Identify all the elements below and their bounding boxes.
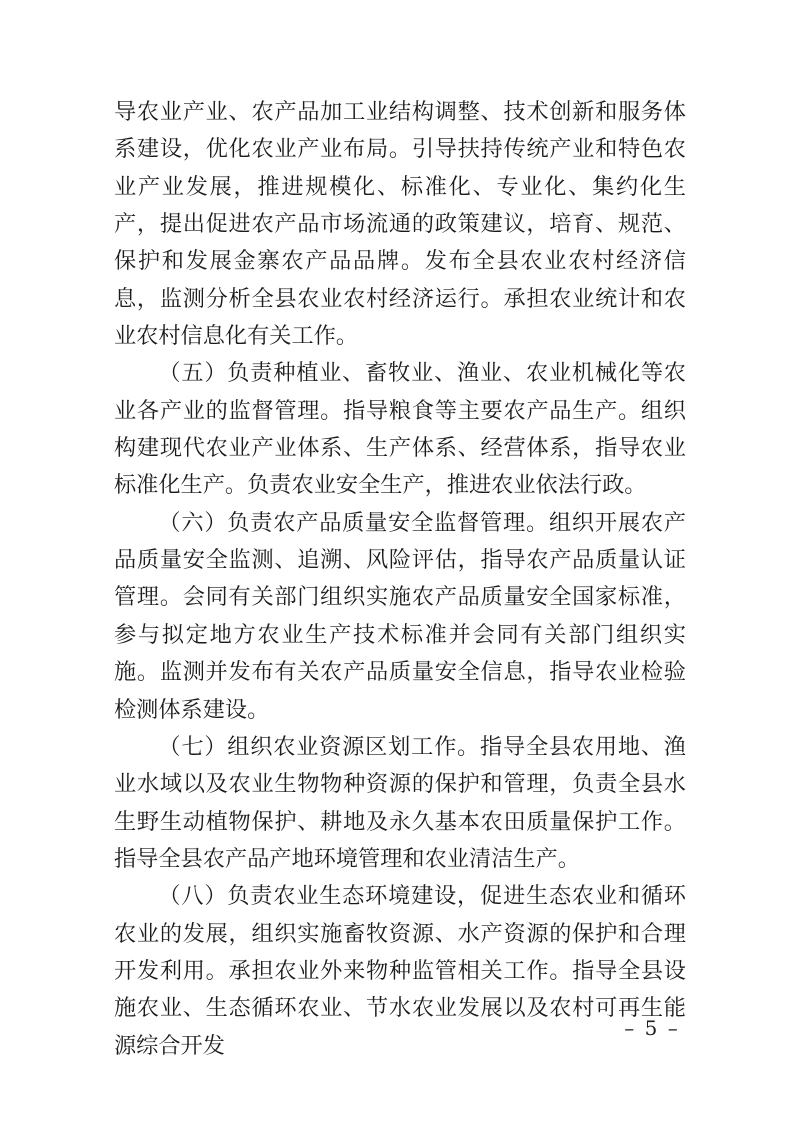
body-paragraph-item-6: （六）负责农产品质量安全监督管理。组织开展农产品质量安全监测、追溯、风险评估，指… (114, 505, 686, 729)
body-paragraph-continuation: 导农业产业、农产品加工业结构调整、技术创新和服务体系建设，优化农业产业布局。引导… (114, 94, 686, 355)
document-body: 导农业产业、农产品加工业结构调整、技术创新和服务体系建设，优化农业产业布局。引导… (114, 94, 686, 1065)
body-paragraph-item-8: （八）负责农业生态环境建设，促进生态农业和循环农业的发展，组织实施畜牧资源、水产… (114, 878, 686, 1065)
body-paragraph-item-7: （七）组织农业资源区划工作。指导全县农用地、渔业水域以及农业生物物种资源的保护和… (114, 729, 686, 878)
page-number: – 5 – (612, 1016, 692, 1040)
body-paragraph-item-5: （五）负责种植业、畜牧业、渔业、农业机械化等农业各产业的监督管理。指导粮食等主要… (114, 355, 686, 504)
document-page: 导农业产业、农产品加工业结构调整、技术创新和服务体系建设，优化农业产业布局。引导… (0, 0, 793, 1122)
